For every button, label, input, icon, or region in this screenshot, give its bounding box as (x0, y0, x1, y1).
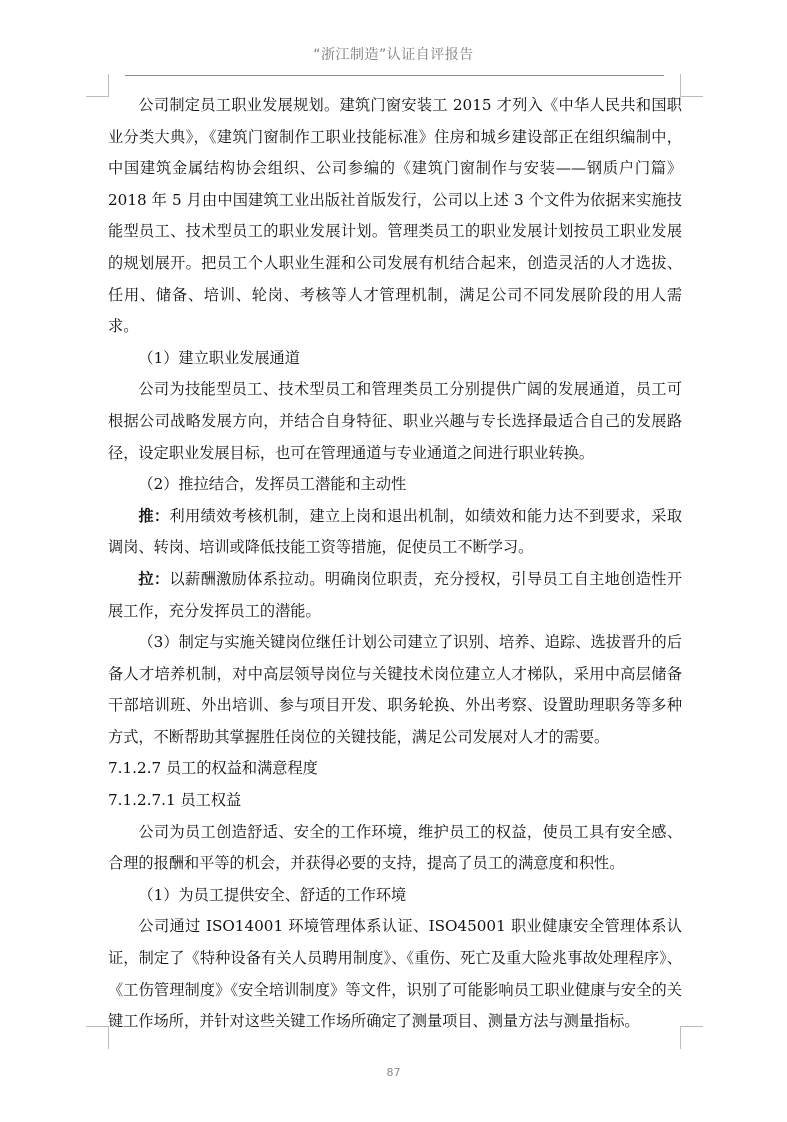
paragraph-succession-plan: （3）制定与实施关键岗位继任计划公司建立了识别、培养、追踪、选拔晋升的后备人才培… (108, 627, 682, 753)
section-heading: 7.1.2.7 员工的权益和满意程度 (108, 753, 682, 785)
paragraph-employee-rights: 公司为员工创造舒适、安全的工作环境，维护员工的权益，使员工具有安全感、合理的报酬… (108, 817, 682, 880)
paragraph-push: 推：利用绩效考核机制，建立上岗和退出机制，如绩效和能力达不到要求，采取调岗、转岗… (108, 501, 682, 564)
paragraph-iso-certification: 公司通过 ISO14001 环境管理体系认证、ISO45001 职业健康安全管理… (108, 911, 682, 1037)
subsection-heading: 7.1.2.7.1 员工权益 (108, 785, 682, 817)
subheading-career-channel: （1）建立职业发展通道 (108, 343, 682, 375)
running-header-title: “浙江制造”认证自评报告 (0, 44, 787, 64)
push-text: 利用绩效考核机制，建立上岗和退出机制，如绩效和能力达不到要求，采取调岗、转岗、培… (108, 507, 682, 557)
margin-corner-top-right (680, 74, 703, 97)
header-rule (125, 75, 664, 76)
paragraph-career-channel: 公司为技能型员工、技术型员工和管理类员工分别提供广阔的发展通道，员工可根据公司战… (108, 374, 682, 469)
paragraph-career-planning: 公司制定员工职业发展规划。建筑门窗安装工 2015 才列入《中华人民共和国职业分… (108, 90, 682, 343)
subheading-push-pull: （2）推拉结合，发挥员工潜能和主动性 (108, 469, 682, 501)
margin-corner-bottom-left (86, 1026, 109, 1049)
paragraph-pull: 拉：以薪酬激励体系拉动。明确岗位职责，充分授权，引导员工自主地创造性开展工作，充… (108, 564, 682, 627)
subheading-work-environment: （1）为员工提供安全、舒适的工作环境 (108, 880, 682, 912)
document-body: 公司制定员工职业发展规划。建筑门窗安装工 2015 才列入《中华人民共和国职业分… (108, 90, 682, 1038)
margin-corner-bottom-right (680, 1026, 703, 1049)
push-label: 推： (138, 507, 169, 525)
pull-text: 以薪酬激励体系拉动。明确岗位职责，充分授权，引导员工自主地创造性开展工作，充分发… (108, 570, 682, 620)
pull-label: 拉： (138, 570, 169, 588)
margin-corner-top-left (86, 74, 109, 97)
page-number: 87 (0, 1066, 787, 1079)
